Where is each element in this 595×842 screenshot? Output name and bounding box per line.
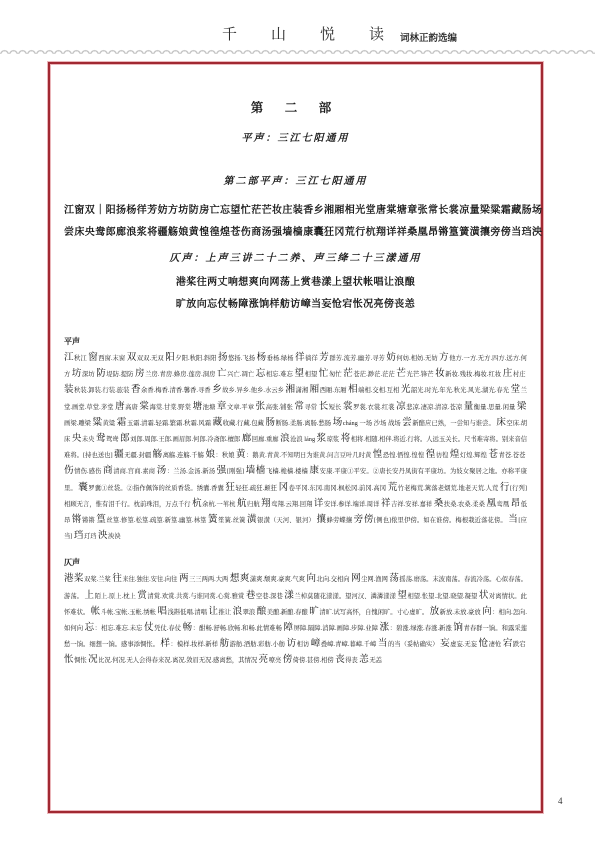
entry-annotation: 沧浪 láng: [290, 436, 317, 443]
entry-annotation: 空巷.深巷: [256, 593, 285, 600]
entry-headword: 放: [430, 606, 440, 617]
entry-headword: 桨: [74, 573, 84, 584]
ze-rhyme-line-2: 旷放向忘仗畅障涨饷样舫访嶂当妄怆宕怅况亮傍丧恙: [64, 295, 527, 310]
entry-annotation: 新醅应已熟，一尝知与谁尝。: [412, 420, 496, 427]
entry-annotation: 新放.未放.豪放: [440, 609, 483, 616]
entry-headword: 赏: [137, 590, 147, 601]
book-title: 千山悦读: [222, 23, 418, 44]
entry-annotation: ：酣畅.舒畅.欣畅.和畅.此情难畅: [193, 625, 284, 632]
entry-annotation: 恐惶.恓惶.惶惶: [383, 452, 426, 459]
entry-headword: 囊: [78, 482, 88, 493]
entry-annotation: 卷平冈.东冈.南冈.枫松冈.前冈.高冈: [289, 485, 388, 492]
entry-annotation: 新妆.残妆.梅妆.红妆: [445, 371, 502, 378]
entry-annotation: 清商.宫商.素商: [113, 468, 157, 475]
entry-headword: 床: [496, 417, 506, 428]
entry-headword: 廊: [242, 433, 252, 444]
entry-annotation: 尘网.渔网: [361, 576, 389, 583]
entry-headword: 荡: [389, 573, 399, 584]
entry-headword: 簧: [208, 514, 218, 525]
entry-annotation: 衡量.思量.闲量: [474, 404, 517, 411]
entry-annotation: 高张.铺张: [266, 404, 295, 411]
entry-headword: 阳: [165, 352, 175, 363]
entry-annotation: cháng 一场 沙场 战场: [343, 420, 402, 427]
entry-headword: 裳: [343, 401, 353, 412]
entry-headword: 凉: [396, 401, 406, 412]
entry-headword: 怆: [479, 638, 489, 649]
entry-headword: 冈: [279, 482, 289, 493]
entry-headword: 祥: [381, 498, 391, 509]
content-frame: 第 二 部 平声：三江七阳通用 第二部平声：三江七阳通用 江窗双｜阳扬杨徉芳妨方…: [48, 62, 543, 813]
entry-headword: 扬: [218, 352, 228, 363]
entry-annotation: 三三两两.大两: [189, 576, 230, 583]
entry-annotation: 安详.参详.端详.周详: [324, 501, 381, 508]
entry-headword: 惶: [373, 449, 383, 460]
entry-headword: 妄: [440, 638, 450, 649]
entry-headword: 觞: [153, 449, 163, 460]
entry-headword: 两: [179, 573, 189, 584]
entry-headword: 妨: [386, 352, 396, 363]
entry-headword: 当: [378, 638, 388, 649]
ze-paragraph: 港桨双桨.兰桨往来往.独往.安往.向往两三三两两.大两想爽潇爽.颓爽.豪爽.气爽…: [64, 570, 527, 667]
entry-headword: 徉: [295, 352, 305, 363]
entry-headword: 忘: [256, 368, 266, 379]
entry-annotation: 凭仗.春仗: [154, 625, 183, 632]
entry-headword: 厢: [310, 384, 320, 395]
entry-headword: 场: [333, 417, 343, 428]
entry-annotation: 悠扬.飞扬: [228, 355, 256, 362]
entry-headword: 望: [295, 368, 305, 379]
entry-annotation: 秋装.卸装.行装.旅装: [74, 387, 131, 394]
entry-headword: 张: [256, 401, 266, 412]
ze-rhyme-line-1: 港桨往两丈响想爽向网荡上赏巷漾上望状帐唱让浪酿: [64, 273, 527, 288]
entry-annotation: 刘郎.周郎.王郎.画眉郎.何郎.冷斋郎.檀郎: [130, 436, 242, 443]
entry-annotation: 无疆.封疆: [124, 452, 152, 459]
entry-annotation: 泱泱: [108, 533, 122, 540]
entry-headword: 肠: [266, 417, 276, 428]
entry-headword: 涨: [380, 622, 390, 633]
entry-annotation: 吉祥.安祥.嘉祥: [391, 501, 434, 508]
entry-headword: 泱: [98, 530, 108, 541]
entry-headword: 光: [401, 384, 411, 395]
entry-annotation: 群芳.流芳.幽芳.寻芳: [329, 355, 386, 362]
entry-annotation: 村庄: [513, 371, 527, 378]
entry-headword: 防: [96, 368, 106, 379]
entry-headword: 浪: [233, 606, 243, 617]
entry-annotation: 虚妄.无妄: [450, 641, 478, 648]
entry-headword: 恙: [359, 654, 369, 665]
entry-headword: 昂: [511, 498, 521, 509]
entry-annotation: 断肠.柔肠.离肠.愁肠: [276, 420, 333, 427]
entry-annotation: 池塘: [203, 404, 217, 411]
entry-headword: 上: [85, 590, 95, 601]
entry-annotation: 画梁.雕梁: [64, 420, 93, 427]
entry-headword: 徨: [426, 449, 436, 460]
entry-headword: 堂: [511, 384, 521, 395]
entry-annotation: 来往.独往.安往.向往: [122, 576, 179, 583]
entry-headword: 亮: [259, 654, 269, 665]
entry-headword: 网: [351, 573, 361, 584]
entry-annotation: 短长: [329, 404, 343, 411]
entry-annotation: ：相忘.难忘.未忘: [95, 625, 144, 632]
entry-headword: 康: [310, 465, 320, 476]
entry-annotation: 文章.平章: [227, 404, 256, 411]
entry-annotation: 双双.无双: [137, 355, 165, 362]
entry-annotation: 无恙: [369, 657, 383, 664]
entry-annotation: 黄粱: [103, 420, 117, 427]
entry-annotation: 罗囊①丝袋。②指作佩饰的丝质香袋。绣囊.香囊: [88, 485, 225, 492]
edition-subtitle: 词林正韵选编: [400, 30, 457, 44]
entry-headword: 郎: [120, 433, 130, 444]
entry-annotation: 深坊: [82, 371, 96, 378]
entry-headword: 航: [237, 498, 247, 509]
entry-annotation: 鸾翔.云翔.回翔: [271, 501, 314, 508]
entry-annotation: 匆忙: [329, 371, 343, 378]
entry-annotation: 未央: [82, 436, 96, 443]
entry-annotation: ：秋娘: [216, 452, 237, 459]
entry-annotation: 轻狂.疏狂.颠狂: [236, 485, 279, 492]
entry-annotation: 笙簧.丝簧: [218, 517, 247, 524]
entry-headword: 凰: [486, 498, 496, 509]
entry-annotation: 跌宕: [513, 641, 527, 648]
entry-annotation: 灯煌.辉煌: [460, 452, 488, 459]
entry-annotation: 兴亡.凋亡: [227, 371, 256, 378]
entry-headword: 藏: [213, 417, 223, 428]
entry-headword: 嶂: [311, 638, 321, 649]
document-page: 千山悦读 词林正韵选编 第 二 部 平声：三江七阳通用 第二部平声：三江七阳通用…: [0, 0, 595, 842]
ping-rhyme-line-2: 尝床央鸯郎廊浪浆将疆觞娘黄惶徨煌苍伤商汤强墙樯康囊狂冈荒行杭翔详祥桑凰昂锵篁簧潢…: [64, 223, 527, 238]
entry-headword: 杭: [192, 498, 202, 509]
entry-annotation: 锵锵: [82, 517, 96, 524]
entry-headword: 亡: [217, 368, 227, 379]
entry-annotation: 鸾凰: [496, 501, 510, 508]
entry-annotation: 彷徨: [436, 452, 450, 459]
entry-annotation: 斗帐.宝帐.玉帐.绣帐: [101, 609, 158, 616]
entry-headword: 珰: [74, 530, 84, 541]
entry-headword: 棠: [139, 401, 149, 412]
entry-annotation: 玉霜.清霜.轻霜.繁霜.秋霜.风霜: [127, 420, 213, 427]
ze-label: 仄声: [64, 557, 527, 568]
entry-headword: 傍: [364, 514, 374, 525]
entry-headword: 湘: [285, 384, 295, 395]
entry-annotation: 清旷.试写高怀，自愧闲旷。寸心虚旷。: [319, 609, 429, 616]
entry-annotation: 归航: [247, 501, 261, 508]
part-title: 第 二 部: [64, 98, 527, 116]
entry-headword: 攘: [316, 514, 326, 525]
entry-headword: 狂: [225, 482, 235, 493]
entry-annotation: ：兰汤.金汤.新汤: [167, 468, 217, 475]
entry-annotation: 故乡.异乡.他乡.水云乡: [222, 387, 285, 394]
entry-headword: 房: [135, 368, 145, 379]
entry-annotation: 余杭.一苇杭: [202, 501, 237, 508]
entry-annotation: 罗裳.衣裳.红裳: [353, 404, 396, 411]
entry-headword: 旁: [354, 514, 364, 525]
entry-headword: 忘: [85, 622, 95, 633]
entry-annotation: 浅斟低唱.清唱: [168, 609, 209, 616]
ping-rhyme-line-1: 江窗双｜阳扬杨徉芳妨方坊防房亡忘望忙茫芒妆庄装香乡湘厢相光堂唐棠塘章张常长裳凉量…: [64, 201, 527, 216]
entry-annotation: 蜂劳蝶攘: [327, 517, 354, 524]
entry-headword: 舫: [220, 638, 230, 649]
entry-annotation: 鸳鸯: [106, 436, 120, 443]
ping-paragraph: 江秋江窗西窗.末窗双双双.无双阳夕阳.秋阳.斜阳扬悠扬.飞扬杨垂杨.绿杨徉徜徉芳…: [64, 349, 527, 543]
entry-annotation: 高唐: [125, 404, 139, 411]
entry-annotation: 垂杨.绿杨: [267, 355, 295, 362]
entry-headword: 苍: [488, 449, 498, 460]
entry-annotation: 屏障.隔障.消障.画障.步障.业障: [294, 625, 380, 632]
entry-headword: 旷: [309, 606, 319, 617]
entry-annotation: 苍茫.渺茫.茫茫: [353, 371, 396, 378]
entry-annotation: 双桨.兰桨: [84, 576, 112, 583]
entry-annotation: 韶光.时光.年光.秋光.风光.湖光.春光: [411, 387, 511, 394]
entry-annotation: 寻常: [304, 404, 318, 411]
entry-annotation: 潇湘: [296, 387, 310, 394]
entry-headword: 鸯: [96, 433, 106, 444]
entry-annotation: 收藏.行藏.包藏: [223, 420, 266, 427]
wavy-divider: [0, 46, 595, 54]
entry-annotation: 的当（妥帖确实）: [388, 641, 440, 648]
entry-headword: 浆: [317, 433, 327, 444]
entry-annotation: 西窗.末窗: [98, 355, 126, 362]
entry-headword: 状: [479, 590, 489, 601]
entry-headword: 桑: [434, 498, 444, 509]
entry-annotation: 推让: [218, 609, 232, 616]
entry-annotation: 比况.何况.无人会得春来况.离况.敛眉无况.感离愁，其情况: [98, 657, 259, 664]
entry-headword: 双: [127, 352, 137, 363]
entry-headword: 畅: [183, 622, 193, 633]
entry-annotation: 端相.交相.互相: [358, 387, 401, 394]
entry-headword: 霜: [117, 417, 127, 428]
entry-annotation: 清赏.欢赏.共赏.与谁同赏.心赏.雅赏: [147, 593, 245, 600]
entry-headword: 央: [72, 433, 82, 444]
entry-headword: 爽: [240, 573, 250, 584]
entry-annotation: 海棠.甘棠.野棠: [150, 404, 193, 411]
entry-annotation: 飞樯.桅樯.楼樯: [266, 468, 310, 475]
entry-annotation: 青苍.苍苍: [498, 452, 526, 459]
entry-headword: 傍: [283, 654, 293, 665]
entry-headword: 墙: [246, 465, 256, 476]
entry-headword: 乡: [212, 384, 222, 395]
entry-headword: 梁: [517, 401, 527, 412]
entry-annotation: 兰房.青房.蜂房.莲房.洞房: [145, 371, 217, 378]
entry-annotation: 相望.怅望.北望.晓望.凝望: [407, 593, 478, 600]
section-heading: 第二部平声：三江七阳通用: [64, 172, 527, 187]
entry-annotation: 美酿.新酿.春酿: [267, 609, 310, 616]
entry-headword: 煌: [450, 449, 460, 460]
entry-annotation: 秋江: [74, 355, 88, 362]
entry-headword: 窗: [88, 352, 98, 363]
entry-headword: 况: [88, 654, 98, 665]
entry-annotation: ：碧涨.绿涨.春涨.新涨: [390, 625, 454, 632]
entry-annotation: 得丧: [345, 657, 359, 664]
entry-headword: 巷: [246, 590, 256, 601]
entry-headword: 相: [348, 384, 358, 395]
entry-headword: 丧: [335, 654, 345, 665]
ping-tone-rule: 平声：三江七阳通用: [64, 129, 527, 144]
entry-annotation: 北向.交相向: [317, 576, 352, 583]
entry-annotation: 相忘.难忘: [266, 371, 295, 378]
entry-annotation: 余香.梅香.清香.馨香.寻香: [141, 387, 212, 394]
entry-annotation: 相访: [297, 641, 311, 648]
ping-label: 平声: [64, 336, 527, 347]
entry-headword: 将: [341, 433, 351, 444]
entry-annotation: 悲凉.凄凉.清凉.苍凉: [406, 404, 463, 411]
entry-headword: 篁: [96, 514, 106, 525]
entry-annotation: 回廊.重廊: [252, 436, 280, 443]
entry-annotation: 竹老梅荒.篱落老烟荒.地老天荒.人荒: [398, 485, 500, 492]
entry-headword: 翔: [261, 498, 271, 509]
entry-headword: 详: [314, 498, 324, 509]
entry-headword: 尝: [402, 417, 412, 428]
entry-headword: 障: [284, 622, 294, 633]
entry-headword: 香: [131, 384, 141, 395]
entry-annotation: 游舫.酒舫.彩舫.小舫: [230, 641, 287, 648]
entry-headword: 伤: [64, 465, 74, 476]
entry-headword: 长: [319, 401, 329, 412]
entry-headword: 向: [307, 573, 317, 584]
page-number: 4: [558, 796, 563, 806]
entry-headword: 疆: [114, 449, 124, 460]
entry-headword: 漾: [284, 590, 294, 601]
entry-annotation: 扶桑.农桑.柔桑: [444, 501, 487, 508]
entry-annotation: 陌上.原上.枕上: [95, 593, 138, 600]
entry-headword: 江: [64, 352, 74, 363]
entry-annotation: 琼浆: [327, 436, 341, 443]
entry-annotation: 堤防.提防: [106, 371, 135, 378]
entry-annotation: 夕阳.秋阳.斜阳: [175, 355, 218, 362]
entry-headword: 量: [464, 401, 474, 412]
entry-headword: 饷: [453, 622, 463, 633]
entry-annotation: 丝篁.修篁.松篁.疏篁.新篁.幽篁.林篁: [107, 517, 209, 524]
entry-headword: 塘: [193, 401, 203, 412]
entry-annotation: 凄怆: [489, 641, 503, 648]
entry-headword: 想: [230, 573, 240, 584]
entry-headword: 妆: [435, 368, 445, 379]
entry-headword: 帐: [91, 606, 101, 617]
content-area: 第 二 部 平声：三江七阳通用 第二部平声：三江七阳通用 江窗双｜阳扬杨徉芳妨方…: [50, 98, 541, 668]
entry-annotation: 叠嶂.青嶂.暮嶂.千嶂: [321, 641, 378, 648]
entry-headword: 汤: [157, 465, 167, 476]
entry-headword: 唱: [158, 606, 168, 617]
entry-annotation: 光芒.锋芒: [407, 371, 436, 378]
entry-annotation: 何妨.相妨.无妨: [396, 355, 439, 362]
entry-headword: 锵: [72, 514, 82, 525]
entry-annotation: 相望: [305, 371, 319, 378]
entry-annotation: ：模样.妆样.新样: [171, 641, 220, 648]
entry-headword: 芒: [396, 368, 406, 379]
entry-headword: 樯: [256, 465, 266, 476]
entry-annotation: 翠浪: [243, 609, 257, 616]
entry-headword: 往: [112, 573, 122, 584]
entry-headword: 黄: [236, 449, 246, 460]
entry-headword: 港: [64, 573, 74, 584]
entry-headword: 浪: [280, 433, 290, 444]
entry-headword: 常: [294, 401, 304, 412]
entry-headword: 庄: [503, 368, 513, 379]
entry-annotation: [侧也]侬里伊傍。如在谁傍。梅根栽近落花傍。: [374, 517, 508, 524]
entry-headword: 仗: [144, 622, 154, 633]
entry-headword: 酿: [257, 606, 267, 617]
entry-headword: 潢: [247, 514, 257, 525]
entry-headword: 行: [500, 482, 510, 493]
entry-annotation: [刚强]: [227, 468, 246, 475]
entry-headword: 杨: [257, 352, 267, 363]
entry-headword: 忙: [319, 368, 329, 379]
ze-tone-rule: 仄声：上声三讲二十二养、声三绛二十三漾通用: [64, 249, 527, 264]
entry-headword: 章: [217, 401, 227, 412]
entry-annotation: 情伤.感伤: [74, 468, 103, 475]
entry-headword: 商: [103, 465, 113, 476]
entry-headword: 让: [208, 606, 218, 617]
entry-annotation: 惆怅: [74, 657, 88, 664]
entry-annotation: 倚傍.甚傍.相傍: [293, 657, 335, 664]
entry-headword: 娘: [205, 449, 215, 460]
entry-headword: 宕: [503, 638, 513, 649]
entry-headword: 样: [160, 638, 170, 649]
entry-annotation: 嘹亮: [269, 657, 283, 664]
entry-headword: 怅: [64, 654, 74, 665]
entry-annotation: 徜徉: [305, 355, 319, 362]
entry-headword: 茫: [343, 368, 353, 379]
entry-annotation: ：鹅黄.青黄.不知明日为谁黄.问言豆叶几时黄: [246, 452, 373, 459]
entry-headword: 粱: [93, 417, 103, 428]
entry-headword: 装: [64, 384, 74, 395]
entry-headword: 向: [482, 606, 492, 617]
entry-headword: 唐: [115, 401, 125, 412]
entry-headword: 当: [508, 514, 518, 525]
entry-annotation: 潇爽.颓爽.豪爽.气爽: [250, 576, 307, 583]
entry-annotation: 银潢（天河、银河）: [257, 517, 316, 524]
entry-annotation: 离觞.连觞.千觞: [163, 452, 206, 459]
entry-headword: 望: [397, 590, 407, 601]
entry-headword: 强: [217, 465, 227, 476]
entry-annotation: 兰棹莫随花漾漾。望河汉、潾潾漾漾: [294, 593, 397, 600]
entry-headword: 方: [439, 352, 449, 363]
entry-headword: 荒: [388, 482, 398, 493]
entry-annotation: 西厢.东厢: [320, 387, 348, 394]
entry-annotation: 玎珰: [84, 533, 98, 540]
entry-headword: 访: [287, 638, 297, 649]
entry-headword: 芳: [319, 352, 329, 363]
entry-headword: 坊: [72, 368, 82, 379]
